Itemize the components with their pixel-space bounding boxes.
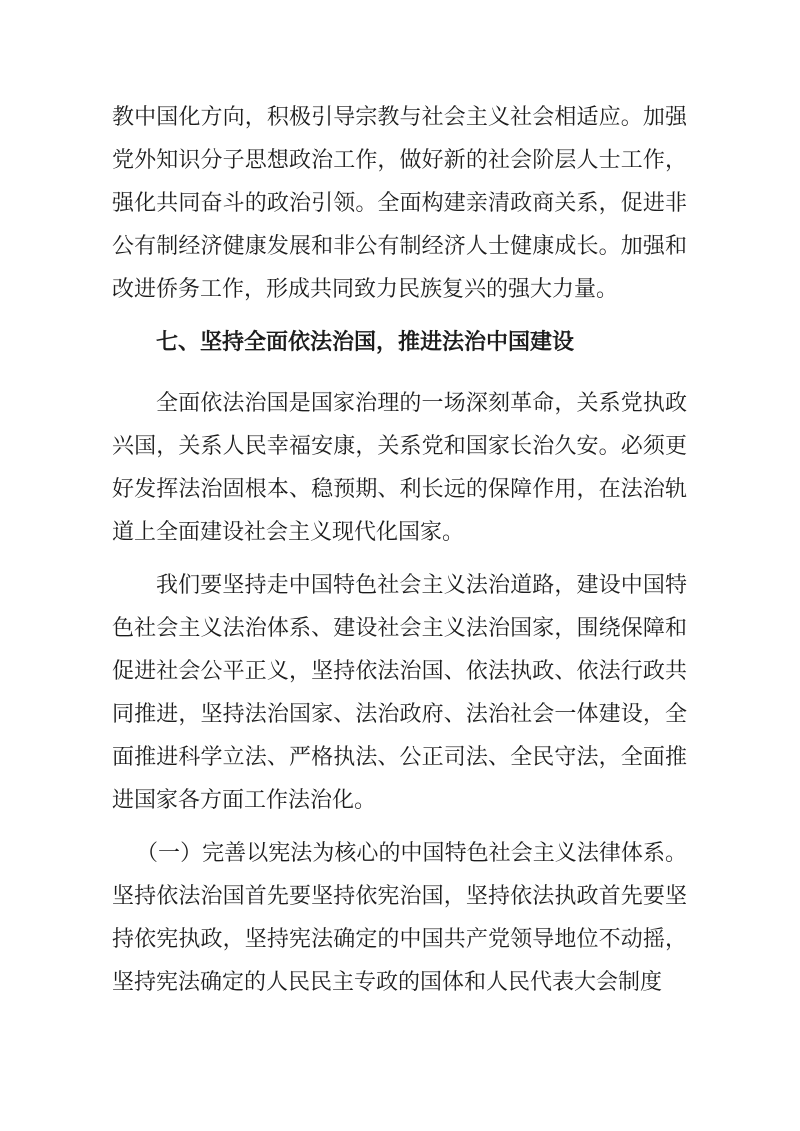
body-paragraph-2: 我们要坚持走中国特色社会主义法治道路，建设中国特色社会主义法治体系、建设社会主义… (112, 563, 687, 821)
document-page: 教中国化方向，积极引导宗教与社会主义社会相适应。加强党外知识分子思想政治工作，做… (0, 0, 800, 1131)
body-paragraph-1: 全面依法治国是国家治理的一场深刻革命，关系党执政兴国，关系人民幸福安康，关系党和… (112, 381, 687, 553)
body-paragraph-continuation: 教中国化方向，积极引导宗教与社会主义社会相适应。加强党外知识分子思想政治工作，做… (112, 95, 687, 310)
section-heading: 七、坚持全面依法治国，推进法治中国建设 (112, 320, 687, 363)
body-paragraph-3: （一）完善以宪法为核心的中国特色社会主义法律体系。坚持依法治国首先要坚持依宪治国… (112, 831, 687, 1003)
